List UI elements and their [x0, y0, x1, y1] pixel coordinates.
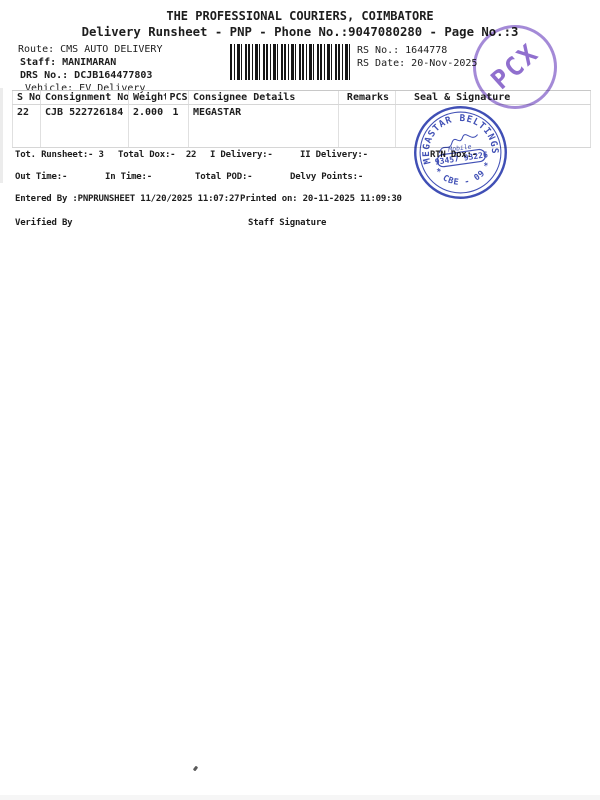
cell-pcs: 1	[166, 105, 189, 148]
verified-by: Verified By	[15, 218, 72, 228]
total-dox: Total Dox:- 22	[118, 150, 196, 160]
out-time: Out Time:-	[15, 172, 67, 182]
route-value: CMS AUTO DELIVERY	[60, 44, 162, 55]
scan-bottom-smudge	[0, 795, 600, 800]
col-header-consignment: Consignment No	[41, 91, 129, 105]
col-header-weight: Weight	[129, 91, 166, 105]
scan-edge-smudge	[0, 88, 3, 183]
cell-weight: 2.000	[129, 105, 166, 148]
staff-signature-label: Staff Signature	[248, 218, 326, 228]
drs-line: DRS No.:DCJB164477803	[20, 70, 152, 81]
staff-line: Staff:MANIMARAN	[20, 57, 116, 68]
pcx-stamp: PCX	[473, 25, 557, 109]
ii-delivery: II Delivery:-	[300, 150, 368, 160]
barcode	[230, 44, 353, 80]
drs-label: DRS No.:	[20, 70, 68, 81]
route-label: Route:	[18, 44, 54, 55]
pcx-stamp-text: PCX	[485, 38, 544, 96]
page-title: THE PROFESSIONAL COURIERS, COIMBATORE	[0, 9, 600, 23]
entered-by: Entered By :PNPRUNSHEET 11/20/2025 11:07…	[15, 194, 239, 204]
col-header-pcs: PCS	[166, 91, 189, 105]
cell-consignee: MEGASTAR	[189, 105, 339, 148]
rs-number: RS No.: 1644778	[357, 45, 447, 56]
col-header-sno: S No	[13, 91, 41, 105]
cell-sno: 22	[13, 105, 41, 148]
i-delivery: I Delivery:-	[210, 150, 273, 160]
cell-remarks	[339, 105, 396, 148]
in-time: In Time:-	[105, 172, 152, 182]
total-runsheet: Tot. Runsheet:- 3	[15, 150, 104, 160]
cell-consignment: CJB 522726184	[41, 105, 129, 148]
megastar-seal-stamp: MEGASTAR BELTINGS * CBE - 09 * Mobile 93…	[406, 98, 516, 208]
col-header-remarks: Remarks	[339, 91, 396, 105]
total-pod: Total POD:-	[195, 172, 252, 182]
rs-date: RS Date: 20-Nov-2025	[357, 58, 477, 69]
route-line: Route:CMS AUTO DELIVERY	[18, 44, 162, 55]
col-header-consignee: Consignee Details	[189, 91, 339, 105]
scanned-delivery-runsheet: { "header": { "title": "THE PROFESSIONAL…	[0, 0, 600, 800]
staff-value: MANIMARAN	[62, 57, 116, 68]
drs-value: DCJB164477803	[74, 70, 152, 81]
printed-on: Printed on: 20-11-2025 11:09:30	[240, 194, 402, 204]
scan-speck	[193, 766, 198, 772]
delvy-points: Delvy Points:-	[290, 172, 363, 182]
staff-label: Staff:	[20, 57, 56, 68]
